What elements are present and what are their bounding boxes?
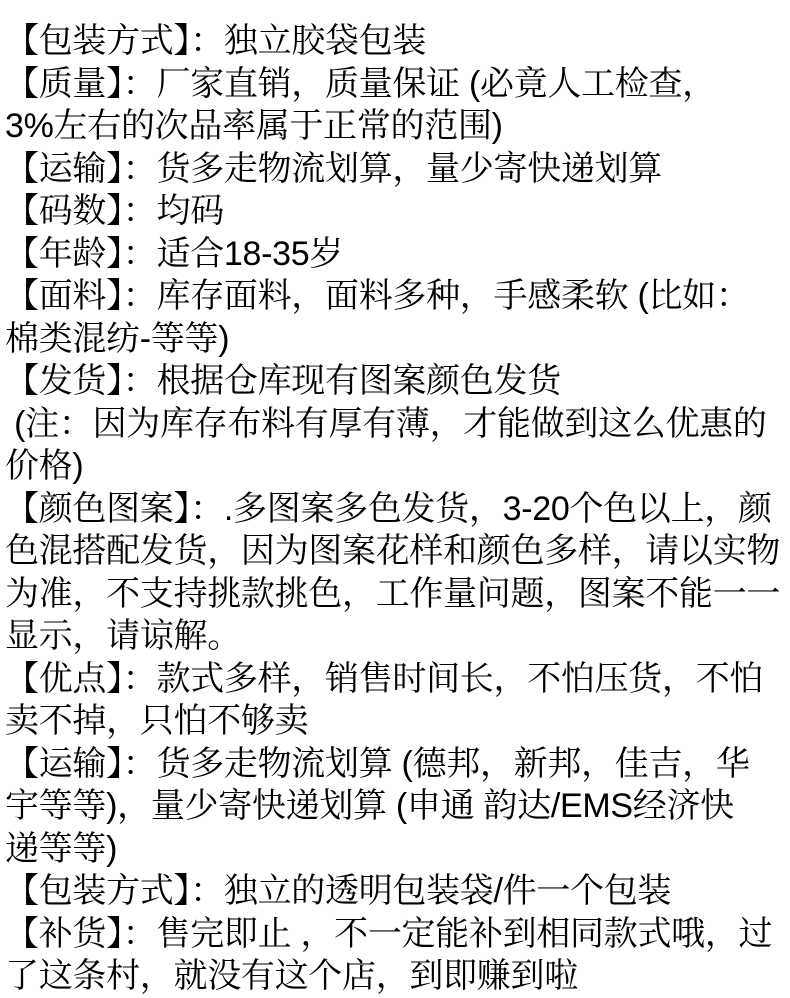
text-line: 【码数】：均码	[5, 190, 788, 233]
text-line: 显示，请谅解。	[5, 615, 788, 658]
product-description-page: 【包装方式】：独立胶袋包装 【质量】：厂家直销，质量保证 (必竟人工检查， 3%…	[0, 0, 790, 998]
text-line: 【发货】：根据仓库现有图案颜色发货	[5, 360, 788, 403]
text-line: 卖不掉，只怕不够卖	[5, 700, 788, 743]
text-line: 棉类混纺-等等)	[5, 318, 788, 361]
text-line: 【年龄】：适合18-35岁	[5, 233, 788, 276]
text-line: 【包装方式】：独立的透明包装袋/件一个包装	[5, 870, 788, 913]
text-line: 【颜色图案】：.多图案多色发货，3-20个色以上，颜	[5, 488, 788, 531]
text-line: 3%左右的次品率属于正常的范围)	[5, 105, 788, 148]
text-line: (注：因为库存布料有厚有薄，才能做到这么优惠的	[5, 403, 788, 446]
text-line: 为准，不支持挑款挑色，工作量问题，图案不能一一	[5, 573, 788, 616]
text-line: 递等等)	[5, 828, 788, 871]
text-line: 【面料】：库存面料，面料多种，手感柔软 (比如：	[5, 275, 788, 318]
text-line: 【运输】：货多走物流划算 (德邦，新邦，佳吉，华	[5, 743, 788, 786]
text-line: 【优点】：款式多样，销售时间长，不怕压货，不怕	[5, 658, 788, 701]
text-line: 【包装方式】：独立胶袋包装	[5, 20, 788, 63]
text-line: 价格)	[5, 445, 788, 488]
text-line: 【质量】：厂家直销，质量保证 (必竟人工检查，	[5, 63, 788, 106]
text-line: 色混搭配发货，因为图案花样和颜色多样，请以实物	[5, 530, 788, 573]
text-line: 【补货】：售完即止 ，不一定能补到相同款式哦，过	[5, 913, 788, 956]
text-line: 【运输】：货多走物流划算，量少寄快递划算	[5, 148, 788, 191]
text-line: 了这条村，就没有这个店，到即赚到啦	[5, 955, 788, 998]
text-line: 宇等等)，量少寄快递划算 (申通 韵达/EMS经济快	[5, 785, 788, 828]
